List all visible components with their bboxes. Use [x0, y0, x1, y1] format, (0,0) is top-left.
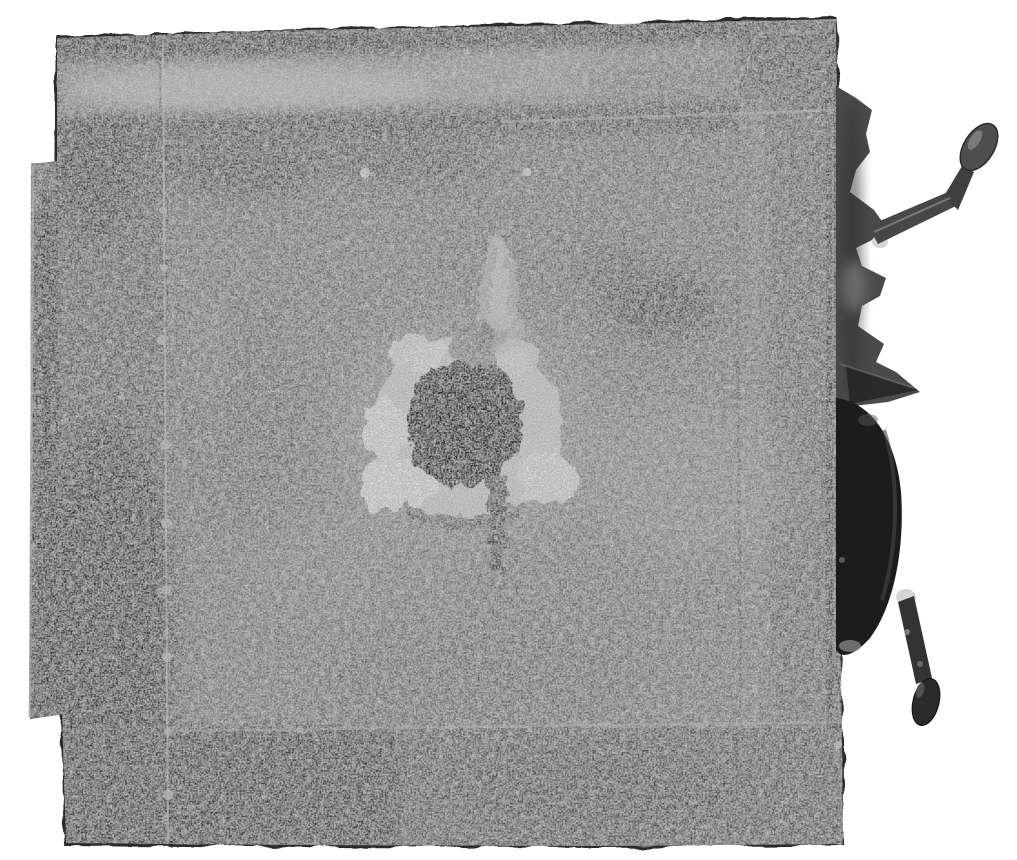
- grain-layer: [20, 10, 860, 855]
- photo-canvas: Armour plate pierced through the centre …: [0, 0, 1017, 860]
- hinge-glint: [839, 640, 861, 652]
- hinge-glint: [858, 414, 878, 426]
- knob-glint: [904, 629, 910, 635]
- hinge-glint: [839, 557, 845, 563]
- knob-glint: [917, 661, 923, 667]
- bracket-shadow: [842, 100, 862, 400]
- bracket-glint: [842, 260, 866, 312]
- grain-speckle: [20, 10, 860, 855]
- halftone-photograph: Armour plate pierced through the centre …: [0, 0, 1017, 860]
